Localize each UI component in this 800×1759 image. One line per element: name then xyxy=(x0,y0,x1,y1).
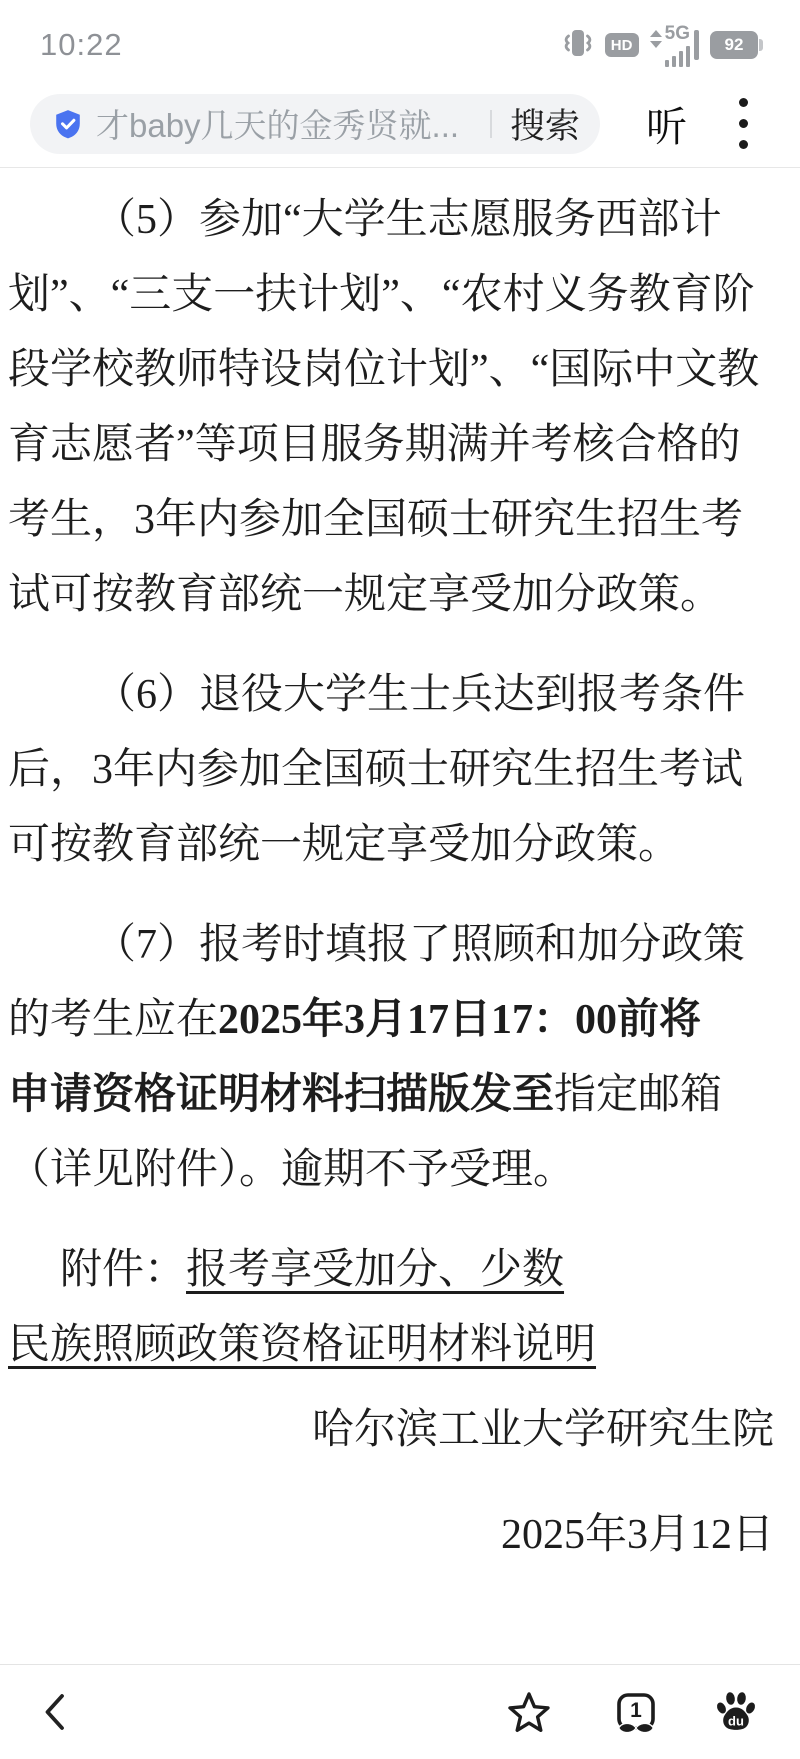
star-bookmark-icon xyxy=(510,1694,548,1730)
status-bar: 10:22 HD 5G 92 xyxy=(0,0,800,80)
divider xyxy=(490,110,492,138)
text-line: 的考生应在2025年3月17日17：00前将 xyxy=(8,983,792,1058)
signal-5g-icon: 5G xyxy=(650,24,699,67)
signal-bars-icon xyxy=(665,46,690,67)
battery-percent-label: 92 xyxy=(725,35,744,55)
browser-screen: 10:22 HD 5G 92 xyxy=(0,0,800,1759)
text-line: 后，3年内参加全国硕士研究生招生考试 xyxy=(8,733,792,808)
text-run: 后，3年内参加全国硕士研究生招生考试 xyxy=(8,747,743,793)
text-line: （5）参加“大学生志愿服务西部计 xyxy=(8,183,792,258)
text-line: 考生，3年内参加全国硕士研究生招生考 xyxy=(8,483,792,558)
attachment-link[interactable]: 报考享受加分、少数 xyxy=(186,1247,564,1293)
safety-shield-icon xyxy=(52,107,84,141)
text-run: 申请资格证明材料扫描版发至 xyxy=(8,1072,554,1118)
baidu-home-button[interactable]: du xyxy=(713,1689,759,1735)
text-run: 指定邮箱 xyxy=(554,1072,722,1118)
document-body: （5）参加“大学生志愿服务西部计划”、“三支一扶计划”、“农村义务教育阶段学校教… xyxy=(0,168,800,1383)
attachment-link[interactable]: 民族照顾政策资格证明材料说明 xyxy=(8,1322,596,1368)
text-line: 试可按教育部统一规定享受加分政策。 xyxy=(8,558,792,633)
mask-icon xyxy=(620,1724,653,1732)
bottom-navigation-bar: 1 du xyxy=(0,1664,800,1759)
text-line: （6）退役大学生士兵达到报考条件 xyxy=(8,658,792,733)
text-run: （详见附件）。逾期不予受理。 xyxy=(8,1147,575,1193)
paragraph-6: （6）退役大学生士兵达到报考条件后，3年内参加全国硕士研究生招生考试可按教育部统… xyxy=(8,658,792,883)
text-run: （6）退役大学生士兵达到报考条件 xyxy=(94,672,745,718)
attachment-paragraph: 附件：报考享受加分、少数民族照顾政策资格证明材料说明 xyxy=(8,1233,792,1383)
back-button[interactable] xyxy=(34,1689,80,1735)
text-run: （7）报考时填报了照顾和加分政策 xyxy=(94,922,745,968)
text-run: 的考生应在 xyxy=(8,997,218,1043)
network-type-label: 5G xyxy=(665,24,690,43)
text-run: 段学校教师特设岗位计划”、“国际中文教 xyxy=(8,347,759,393)
bookmark-button[interactable] xyxy=(506,1689,552,1735)
status-icons: HD 5G 92 xyxy=(562,24,758,67)
battery-indicator: 92 xyxy=(710,31,758,59)
text-line: （详见附件）。逾期不予受理。 xyxy=(8,1133,792,1208)
text-run: 划”、“三支一扶计划”、“农村义务教育阶 xyxy=(8,272,755,318)
text-run: 2025年3月17日17：00前将 xyxy=(218,997,701,1043)
baidu-du-label: du xyxy=(728,1714,744,1729)
tab-count-badge: 1 xyxy=(630,1699,642,1722)
tab-switcher-button[interactable]: 1 xyxy=(613,1689,659,1735)
search-query-text: 才baby几天的金秀贤就... xyxy=(96,100,484,147)
text-line: 段学校教师特设岗位计划”、“国际中文教 xyxy=(8,333,792,408)
text-line: 划”、“三支一扶计划”、“农村义务教育阶 xyxy=(8,258,792,333)
text-run: 育志愿者”等项目服务期满并考核合格的 xyxy=(8,422,741,468)
text-line: 民族照顾政策资格证明材料说明 xyxy=(8,1308,792,1383)
paragraph-7: （7）报考时填报了照顾和加分政策的考生应在2025年3月17日17：00前将申请… xyxy=(8,908,792,1208)
text-line: （7）报考时填报了照顾和加分政策 xyxy=(8,908,792,983)
text-line: 可按教育部统一规定享受加分政策。 xyxy=(8,808,792,883)
search-bar-pill[interactable]: 才baby几天的金秀贤就... 搜索 xyxy=(30,94,600,154)
text-run: 考生，3年内参加全国硕士研究生招生考 xyxy=(8,497,743,543)
text-run: （5）参加“大学生志愿服务西部计 xyxy=(94,197,722,243)
back-chevron-icon xyxy=(48,1696,63,1728)
menu-kebab-icon[interactable] xyxy=(735,94,752,153)
hd-badge: HD xyxy=(605,33,639,57)
signal-bar-secondary xyxy=(694,30,699,60)
paragraph-5: （5）参加“大学生志愿服务西部计划”、“三支一扶计划”、“农村义务教育阶段学校教… xyxy=(8,183,792,633)
vibrate-icon xyxy=(562,25,594,66)
text-line: 申请资格证明材料扫描版发至指定邮箱 xyxy=(8,1058,792,1133)
search-toolbar: 才baby几天的金秀贤就... 搜索 听 xyxy=(0,80,800,168)
text-line: 育志愿者”等项目服务期满并考核合格的 xyxy=(8,408,792,483)
date-line: 2025年3月12日 xyxy=(0,1498,800,1573)
clock-label: 10:22 xyxy=(40,27,123,63)
text-run: 附件： xyxy=(60,1247,186,1293)
text-run: 试可按教育部统一规定享受加分政策。 xyxy=(8,572,722,618)
text-line: 附件：报考享受加分、少数 xyxy=(8,1233,792,1308)
text-run: 可按教育部统一规定享受加分政策。 xyxy=(8,822,680,868)
listen-button[interactable]: 听 xyxy=(646,94,687,153)
network-arrows-icon xyxy=(650,30,662,48)
search-button[interactable]: 搜索 xyxy=(510,99,580,149)
signature-line: 哈尔滨工业大学研究生院 xyxy=(0,1393,800,1468)
